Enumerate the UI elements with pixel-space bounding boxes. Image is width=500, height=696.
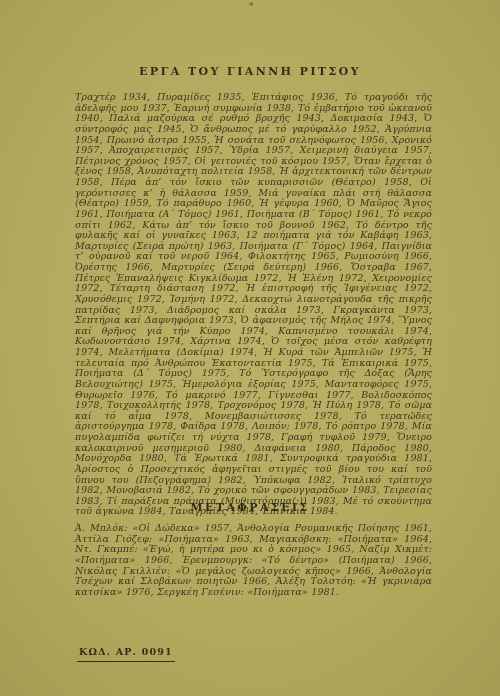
translations-section-title: ΜΕΤΑΦΡΑΣΕΙΣ	[0, 501, 500, 514]
code-number: ΚΩΔ. ΑΡ. 0091	[77, 647, 175, 662]
translations-paragraph: Ἀ. Μπλόκ: «Οἱ Δώδεκα» 1957, Ἀνθολογία Ρο…	[75, 524, 432, 598]
printers-mark: *	[249, 3, 254, 12]
works-paragraph: Τραχτέρ 1934, Πυραμίδες 1935, Ἐπιτάφιος …	[75, 93, 432, 518]
book-page: * ΕΡΓΑ ΤΟΥ ΓΙΑΝΝΗ ΡΙΤΣΟΥ Τραχτέρ 1934, Π…	[0, 0, 500, 696]
works-section-title: ΕΡΓΑ ΤΟΥ ΓΙΑΝΝΗ ΡΙΤΣΟΥ	[0, 65, 500, 78]
